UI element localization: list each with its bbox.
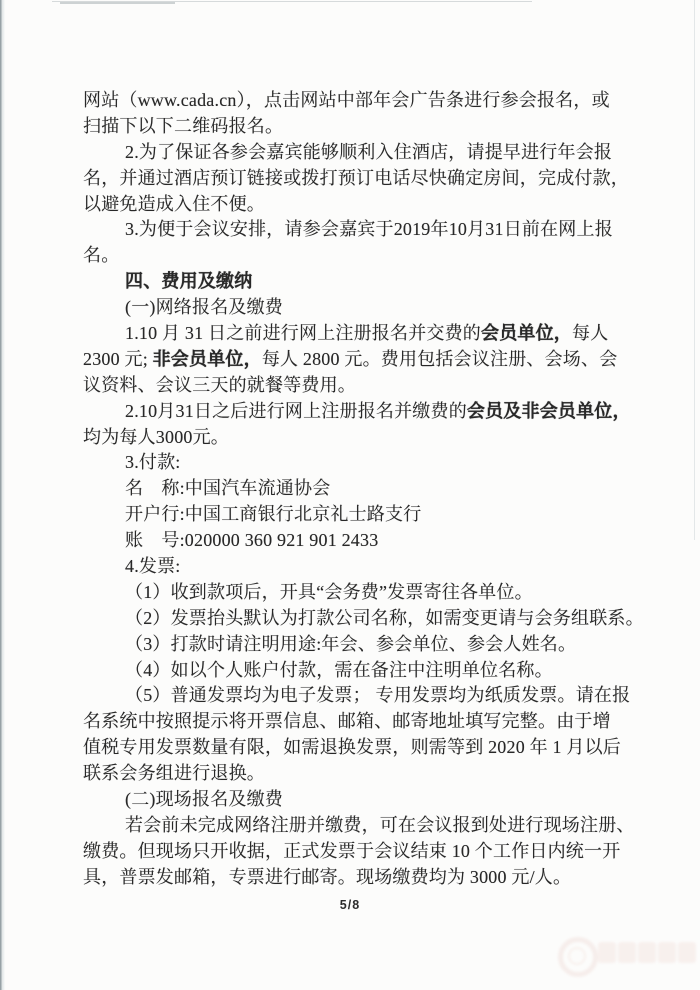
text-line: 2300 元; 非会员单位，每人 2800 元。费用包括会议注册、会场、会 <box>83 347 628 373</box>
text-run: （2）发票抬头默认为打款公司名称，如需变更请与会务组联系。 <box>125 608 644 628</box>
watermark-glyph-block <box>598 942 616 963</box>
text-run: 2.为了保证各参会嘉宾能够顺利入住酒店，请提早进行年会报 <box>125 142 612 162</box>
watermark-glyph-block <box>678 942 696 963</box>
text-run: （3）打款时请注明用途:年会、参会单位、参会人姓名。 <box>125 634 576 654</box>
text-line: 网站（www.cada.cn），点击网站中部年会广告条进行参会报名，或 <box>83 88 628 114</box>
text-run: 名系统中按照提示将开票信息、邮箱、邮寄地址填写完整。由于增 <box>83 711 611 731</box>
text-line: 2.为了保证各参会嘉宾能够顺利入住酒店，请提早进行年会报 <box>83 140 628 166</box>
text-line: 开户行:中国工商银行北京礼士路支行 <box>83 502 628 528</box>
text-line: 议资料、会议三天的就餐等费用。 <box>83 373 628 399</box>
text-line: 账 号:020000 360 921 901 2433 <box>83 528 628 554</box>
text-line: （4）如以个人账户付款，需在备注中注明单位名称。 <box>83 658 628 684</box>
text-line: 缴费。但现场只开收据，正式发票于会议结束 10 个工作日内统一开 <box>83 839 628 865</box>
text-line: 均为每人3000元。 <box>83 425 628 451</box>
text-line: 名系统中按照提示将开票信息、邮箱、邮寄地址填写完整。由于增 <box>83 709 628 735</box>
text-run: 缴费。但现场只开收据，正式发票于会议结束 10 个工作日内统一开 <box>83 841 620 861</box>
text-line: 四、费用及缴纳 <box>83 269 628 295</box>
text-run: 每人 2800 元。费用包括会议注册、会场、会 <box>262 349 618 369</box>
text-line: (二)现场报名及缴费 <box>83 787 628 813</box>
text-line: 名。 <box>83 243 628 269</box>
text-line: 1.10 月 31 日之前进行网上注册报名并交费的会员单位，每人 <box>83 321 628 347</box>
text-run: 账 号:020000 360 921 901 2433 <box>125 530 378 550</box>
document-lines: 网站（www.cada.cn），点击网站中部年会广告条进行参会报名，或扫描下以下… <box>83 88 628 891</box>
text-run: 议资料、会议三天的就餐等费用。 <box>83 375 356 395</box>
bold-text-run: 非会员单位， <box>153 349 262 369</box>
watermark-glyph-block <box>638 942 656 963</box>
text-run: 以避免造成入住不便。 <box>83 194 265 214</box>
watermark-circle-inner-icon <box>568 947 586 965</box>
text-run: (二)现场报名及缴费 <box>125 789 283 809</box>
text-line: 2.10月31日之后进行网上注册报名并缴费的会员及非会员单位， <box>83 399 628 425</box>
text-line: 3.为便于会议安排，请参会嘉宾于2019年10月31日前在网上报 <box>83 217 628 243</box>
text-run: 名，并通过酒店预订链接或拨打预订电话尽快确定房间，完成付款， <box>83 168 629 188</box>
watermark-glyph-block <box>618 942 636 963</box>
bold-text-run: 会员单位， <box>481 323 572 343</box>
text-line: （5）普通发票均为电子发票； 专用发票均为纸质发票。请在报 <box>83 683 628 709</box>
text-run: 每人 <box>572 323 608 343</box>
text-line: (一)网络报名及缴费 <box>83 295 628 321</box>
text-line: （3）打款时请注明用途:年会、参会单位、参会人姓名。 <box>83 632 628 658</box>
text-run: 网站（www.cada.cn），点击网站中部年会广告条进行参会报名，或 <box>83 90 610 110</box>
scan-edge-left <box>0 0 5 990</box>
text-run: 3.为便于会议安排，请参会嘉宾于2019年10月31日前在网上报 <box>125 219 613 239</box>
text-line: 值税专用发票数量有限，如需退换发票，则需等到 2020 年 1 月以后 <box>83 735 628 761</box>
watermark-glyph-block <box>658 942 676 963</box>
scan-edge-top-mark <box>60 2 175 4</box>
text-run: 具，普票发邮箱，专票进行邮寄。现场缴费均为 3000 元/人。 <box>83 867 571 887</box>
text-run: 1.10 月 31 日之前进行网上注册报名并交费的 <box>125 323 481 343</box>
text-line: 扫描下以下二维码报名。 <box>83 114 628 140</box>
text-run: 联系会务组进行退换。 <box>83 763 265 783</box>
text-line: 具，普票发邮箱，专票进行邮寄。现场缴费均为 3000 元/人。 <box>83 865 628 891</box>
text-run: (一)网络报名及缴费 <box>125 297 283 317</box>
text-run: 2.10月31日之后进行网上注册报名并缴费的 <box>125 401 467 421</box>
text-run: 若会前未完成网络注册并缴费，可在会议报到处进行现场注册、 <box>125 815 635 835</box>
text-line: 3.付款: <box>83 450 628 476</box>
text-run: 开户行:中国工商银行北京礼士路支行 <box>125 504 421 524</box>
watermark <box>552 930 700 985</box>
text-run: （1）收到款项后，开具“会务费”发票寄往各单位。 <box>125 582 533 602</box>
scanned-document-page: 网站（www.cada.cn），点击网站中部年会广告条进行参会报名，或扫描下以下… <box>0 0 700 990</box>
text-run: 4.发票: <box>125 556 181 576</box>
scan-edge-right <box>694 0 695 540</box>
text-line: 联系会务组进行退换。 <box>83 761 628 787</box>
text-line: 以避免造成入住不便。 <box>83 192 628 218</box>
text-run: （4）如以个人账户付款，需在备注中注明单位名称。 <box>125 660 553 680</box>
text-run: 均为每人3000元。 <box>83 427 229 447</box>
text-line: （2）发票抬头默认为打款公司名称，如需变更请与会务组联系。 <box>83 606 628 632</box>
text-run: 扫描下以下二维码报名。 <box>83 116 283 136</box>
text-run: 值税专用发票数量有限，如需退换发票，则需等到 2020 年 1 月以后 <box>83 737 621 757</box>
page-number: 5/8 <box>0 898 700 912</box>
text-run: （5）普通发票均为电子发票； 专用发票均为纸质发票。请在报 <box>125 685 630 705</box>
text-line: 名，并通过酒店预订链接或拨打预订电话尽快确定房间，完成付款， <box>83 166 628 192</box>
text-run: 3.付款: <box>125 452 181 472</box>
bold-text-run: 会员及非会员单位， <box>467 401 631 421</box>
watermark-text-blocks <box>598 942 698 964</box>
text-line: 若会前未完成网络注册并缴费，可在会议报到处进行现场注册、 <box>83 813 628 839</box>
text-run: 2300 元; <box>83 349 153 369</box>
bold-text-run: 四、费用及缴纳 <box>125 271 252 291</box>
text-line: 名 称:中国汽车流通协会 <box>83 476 628 502</box>
text-line: 4.发票: <box>83 554 628 580</box>
text-line: （1）收到款项后，开具“会务费”发票寄往各单位。 <box>83 580 628 606</box>
text-run: 名 称:中国汽车流通协会 <box>125 478 330 498</box>
text-run: 名。 <box>83 245 119 265</box>
